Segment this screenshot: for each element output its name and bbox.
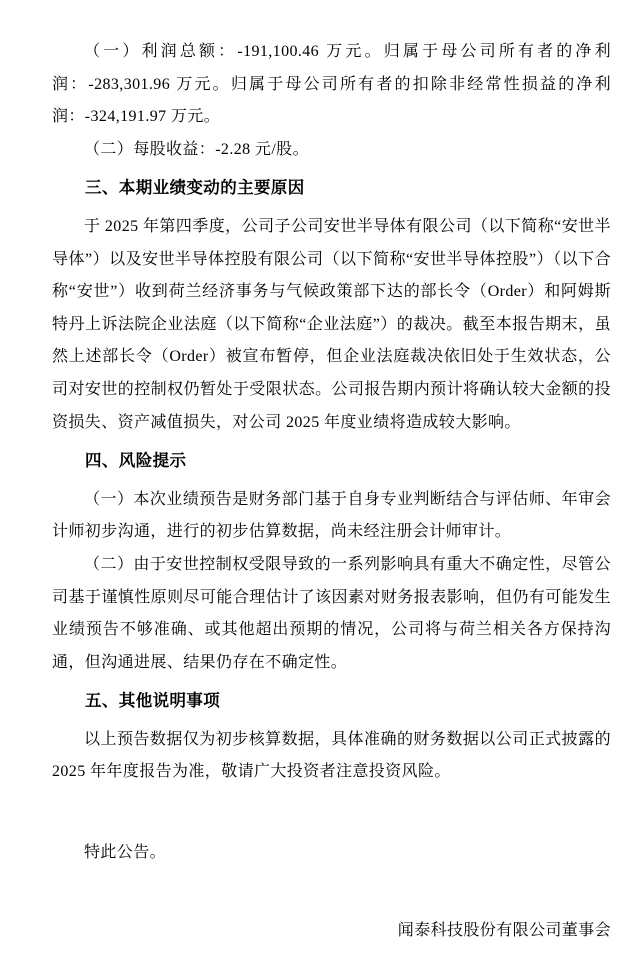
paragraph-risk-warning-1: （一）本次业绩预告是财务部门基于自身专业判断结合与评估师、年审会计师初步沟通，进… (52, 484, 611, 549)
announcement-page: （一）利润总额：-191,100.46 万元。归属于母公司所有者的净利润：-28… (0, 0, 637, 978)
paragraph-other-notes: 以上预告数据仅为初步核算数据，具体准确的财务数据以公司正式披露的 2025 年年… (52, 724, 611, 789)
paragraph-profit-figures: （一）利润总额：-191,100.46 万元。归属于母公司所有者的净利润：-28… (52, 36, 611, 134)
board-signature: 闻泰科技股份有限公司董事会 (52, 915, 611, 948)
section-heading-other-notes: 五、其他说明事项 (52, 685, 611, 718)
section-heading-performance-change-reasons: 三、本期业绩变动的主要原因 (52, 172, 611, 205)
section-heading-risk-warning: 四、风险提示 (52, 445, 611, 478)
closing-statement: 特此公告。 (52, 837, 611, 870)
paragraph-risk-warning-2: （二）由于安世控制权受限导致的一系列影响具有重大不确定性，尽管公司基于谨慎性原则… (52, 549, 611, 679)
paragraph-eps: （二）每股收益：-2.28 元/股。 (52, 134, 611, 167)
paragraph-performance-change-reasons: 于 2025 年第四季度，公司子公司安世半导体有限公司（以下简称“安世半导体”）… (52, 211, 611, 439)
